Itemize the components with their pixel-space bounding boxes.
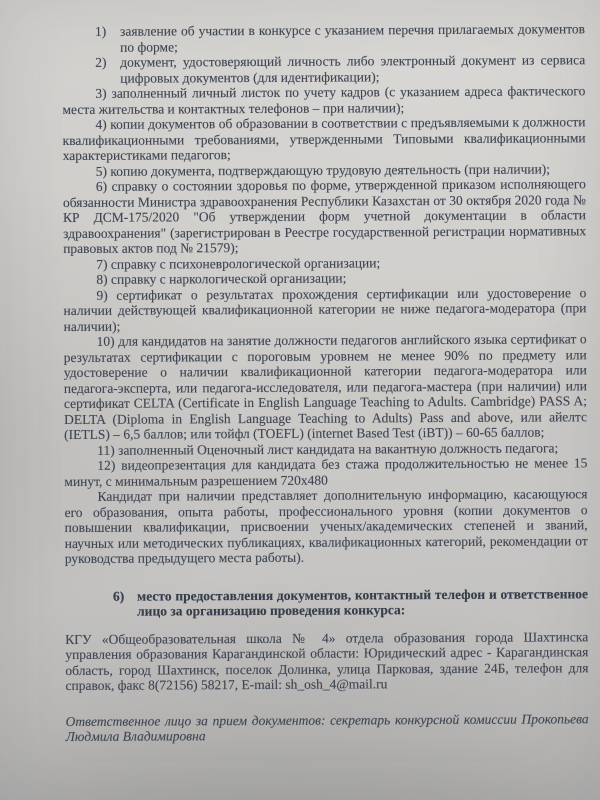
- section-heading-text: место предоставления документов, контакт…: [137, 586, 588, 619]
- list-item-9: 9) сертификат о результатах прохождения …: [63, 285, 586, 334]
- list-item-6: 6) справку о состоянии здоровья по форме…: [63, 176, 586, 256]
- paragraph-address: КГУ «Общеобразовательная школа № 4» отде…: [65, 629, 588, 694]
- list-item-1: 1)заявление об участии в конкурсе с указ…: [62, 21, 585, 55]
- list-item-10: 10) для кандидатов на занятие должности …: [64, 331, 588, 442]
- list-item-12: 12) видеопрезентация для кандидата без с…: [64, 455, 587, 489]
- list-item-4: 4) копии документов об образовании в соо…: [62, 114, 585, 163]
- list-item-1-text: заявление об участии в конкурсе с указан…: [120, 21, 585, 54]
- list-item-2: 2)документ, удостоверяющий личность либо…: [62, 52, 585, 86]
- paragraph-candidate-note: Кандидат при наличии представляет дополн…: [64, 486, 587, 566]
- section-heading-number: 6): [113, 588, 137, 604]
- list-item-2-text: документ, удостоверяющий личность либо э…: [120, 52, 585, 85]
- photo-backdrop: 1)заявление об участии в конкурсе с указ…: [0, 0, 600, 800]
- paragraph-contact-person: Ответственное лицо за прием документов: …: [66, 711, 589, 745]
- list-item-1-number: 1): [95, 24, 120, 40]
- list-item-3: 3) заполненный личный листок по учету ка…: [62, 83, 585, 117]
- section-heading: 6)место предоставления документов, конта…: [65, 586, 588, 620]
- list-item-2-number: 2): [95, 55, 120, 71]
- document-page: 1)заявление об участии в конкурсе с указ…: [62, 21, 589, 744]
